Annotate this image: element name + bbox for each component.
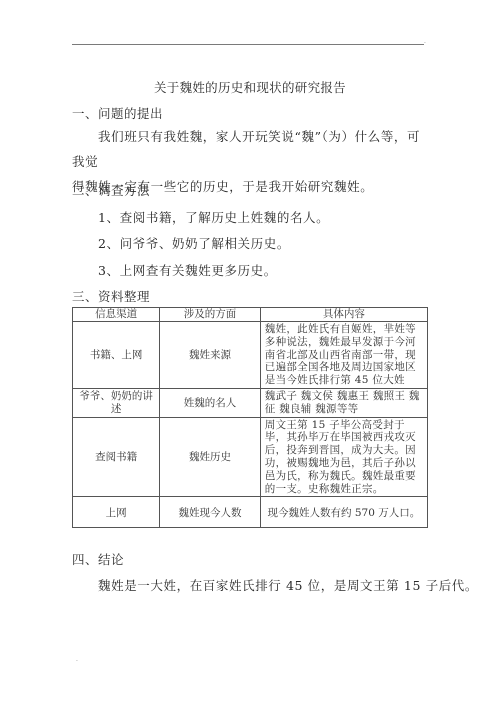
table-cell-channel: 爷爷、奶奶的讲述: [73, 388, 160, 417]
table-cell-aspect: 魏姓现今人数: [160, 497, 260, 528]
method-item-3: 3、上网查有关魏姓更多历史。: [98, 261, 277, 279]
table-row: 查阅书籍 魏姓历史 周文王第 15 子毕公高受封于毕，其孙毕万在毕国被西戎攻灭后…: [73, 417, 428, 497]
table-row: 爷爷、奶奶的讲述 姓魏的名人 魏武子 魏文侯 魏惠王 魏照王 魏征 魏良辅 魏源…: [73, 388, 428, 417]
table-header-aspect: 涉及的方面: [160, 308, 260, 322]
table-cell-content: 现今魏姓人数有约 570 万人口。: [260, 497, 427, 528]
table-cell-channel: 书籍、上网: [73, 322, 160, 389]
header-rule: [72, 44, 424, 45]
header-mark: .: [424, 38, 426, 45]
table-cell-aspect: 姓魏的名人: [160, 388, 260, 417]
footer-mark: .: [76, 656, 78, 663]
table-row: 上网 魏姓现今人数 现今魏姓人数有约 570 万人口。: [73, 497, 428, 528]
paragraph-line-1: 我们班只有我姓魏，家人开玩笑说“魏”（为）什么等，可我觉: [72, 129, 420, 169]
data-table: 信息渠道 涉及的方面 具体内容 书籍、上网 魏姓来源 魏姓，此姓氏有自姬姓，芈姓…: [72, 307, 428, 528]
section-heading-3: 三、资料整理: [72, 287, 150, 305]
table-cell-aspect: 魏姓来源: [160, 322, 260, 389]
conclusion-paragraph: 魏姓是一大姓，在百家姓氏排行 45 位，是周文王第 15 子后代。: [98, 576, 478, 594]
document-title: 关于魏姓的历史和现状的研究报告: [0, 78, 500, 96]
table-cell-channel: 查阅书籍: [73, 417, 160, 497]
table-cell-aspect: 魏姓历史: [160, 417, 260, 497]
section-heading-2: 二、调查方法: [72, 181, 150, 199]
table-header-content: 具体内容: [260, 308, 427, 322]
table-cell-content: 周文王第 15 子毕公高受封于毕，其孙毕万在毕国被西戎攻灭后，投奔到晋国，成为大…: [260, 417, 427, 497]
section-heading-1: 一、问题的提出: [72, 104, 163, 122]
table-header-channel: 信息渠道: [73, 308, 160, 322]
section-heading-4: 四、结论: [72, 550, 124, 568]
method-item-2: 2、问爷爷、奶奶了解相关历史。: [98, 234, 290, 252]
table-cell-content: 魏武子 魏文侯 魏惠王 魏照王 魏征 魏良辅 魏源等等: [260, 388, 427, 417]
table-cell-channel: 上网: [73, 497, 160, 528]
table-row: 书籍、上网 魏姓来源 魏姓，此姓氏有自姬姓，芈姓等多种说法，魏姓最早发源于今河南…: [73, 322, 428, 389]
table-header-row: 信息渠道 涉及的方面 具体内容: [73, 308, 428, 322]
table-cell-content: 魏姓，此姓氏有自姬姓，芈姓等多种说法，魏姓最早发源于今河南省北部及山西省南部一带…: [260, 322, 427, 389]
method-item-1: 1、查阅书籍，了解历史上姓魏的名人。: [98, 208, 329, 226]
